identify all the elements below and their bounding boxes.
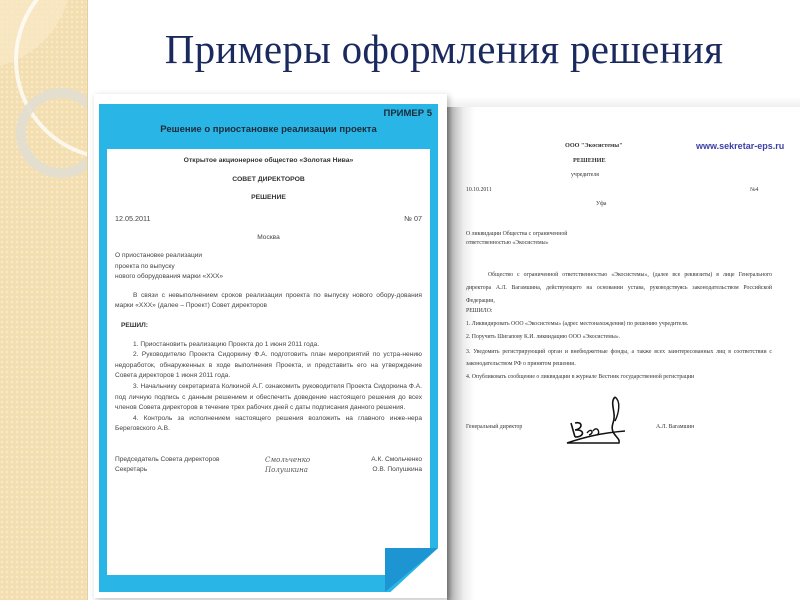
blue-frame: ПРИМЕР 5 Решение о приостановке реализац… <box>99 104 438 592</box>
org-name: Открытое акционерное общество «Золотая Н… <box>115 156 422 167</box>
subject-line: О приостановке реализации <box>115 251 422 262</box>
right-doc-type: РЕШЕНИЕ <box>573 156 606 165</box>
right-item-1: 1. Ликвидировать ООО «Экосистемы» (адрес… <box>466 320 772 329</box>
resolution-item-1: 1. Приостановить реализацию Проекта до 1… <box>115 340 422 351</box>
doc-preamble: В связи с невыполнением сроков реализаци… <box>115 291 422 312</box>
doc-date: 12.05.2011 <box>115 214 150 225</box>
resolution-item-3: 3. Начальнику секретариата Колкиной А.Г.… <box>115 382 422 414</box>
resolved-label: РЕШИЛ: <box>121 321 422 332</box>
right-resolved-label: РЕШИЛО: <box>466 307 493 316</box>
signer-role: Председатель Совета директоров <box>115 455 265 466</box>
signer-name: А.К. Смольченко <box>360 455 422 466</box>
doc-subject: О приостановке реализации проекта по вып… <box>115 251 422 283</box>
signature-row: Секретарь Полушкина О.В. Полушкина <box>115 465 422 476</box>
signer-name: О.В. Полушкина <box>360 465 422 476</box>
right-org: ООО "Экосистемы" <box>565 141 623 150</box>
right-number: №4 <box>750 186 758 195</box>
decorative-sidebar <box>0 0 88 600</box>
right-signer-role: Генеральный директор <box>466 423 522 432</box>
resolution-item-4: 4. Контроль за исполнением настоящего ре… <box>115 414 422 435</box>
right-preamble: Общество с ограниченной ответственностью… <box>466 269 772 308</box>
doc-number: № 07 <box>404 214 422 225</box>
right-subject-line: О ликвидации Общества с ограниченной <box>466 230 567 239</box>
handwritten-signature-icon <box>565 393 637 445</box>
right-signer-name: А.Л. Вагамшин <box>656 423 694 432</box>
signature-row: Председатель Совета директоров Смольченк… <box>115 455 422 466</box>
right-subject-line: ответственностью «Экосистемы» <box>466 239 567 248</box>
signer-signature: Смольченко <box>265 455 360 466</box>
slide-title: Примеры оформления решения <box>0 25 800 73</box>
right-item-3: 3. Уведомить регистрирующий орган и внеб… <box>466 346 772 370</box>
frame-header: ПРИМЕР 5 Решение о приостановке реализац… <box>99 104 438 146</box>
right-item-4: 4. Опубликовать сообщение о ликвидации в… <box>466 371 772 383</box>
signer-role: Секретарь <box>115 465 265 476</box>
board-name: СОВЕТ ДИРЕКТОРОВ <box>115 175 422 186</box>
source-url: www.sekretar-eps.ru <box>696 141 784 151</box>
right-subject: О ликвидации Общества с ограниченной отв… <box>466 230 567 248</box>
resolution-item-2: 2. Руководителю Проекта Сидоркину Ф.А. п… <box>115 350 422 382</box>
example-heading: Решение о приостановке реализации проект… <box>99 124 438 135</box>
subject-line: нового оборудования марки «XXX» <box>115 272 422 283</box>
signer-signature: Полушкина <box>265 465 360 476</box>
document-body: Открытое акционерное общество «Золотая Н… <box>107 149 430 575</box>
right-item-2: 2. Поручить Шигапову К.И. ликвидацию ООО… <box>466 333 772 342</box>
left-document: ПРИМЕР 5 Решение о приостановке реализац… <box>94 94 447 598</box>
date-number-row: 12.05.2011 № 07 <box>115 214 422 225</box>
right-city: Уфа <box>596 200 606 209</box>
right-issuer: учредителя <box>571 171 599 180</box>
subject-line: проекта по выпуску <box>115 262 422 273</box>
example-badge: ПРИМЕР 5 <box>383 108 432 119</box>
right-date: 10.10.2011 <box>466 186 492 195</box>
doc-city: Москва <box>115 233 422 244</box>
doc-type: РЕШЕНИЕ <box>115 193 422 204</box>
